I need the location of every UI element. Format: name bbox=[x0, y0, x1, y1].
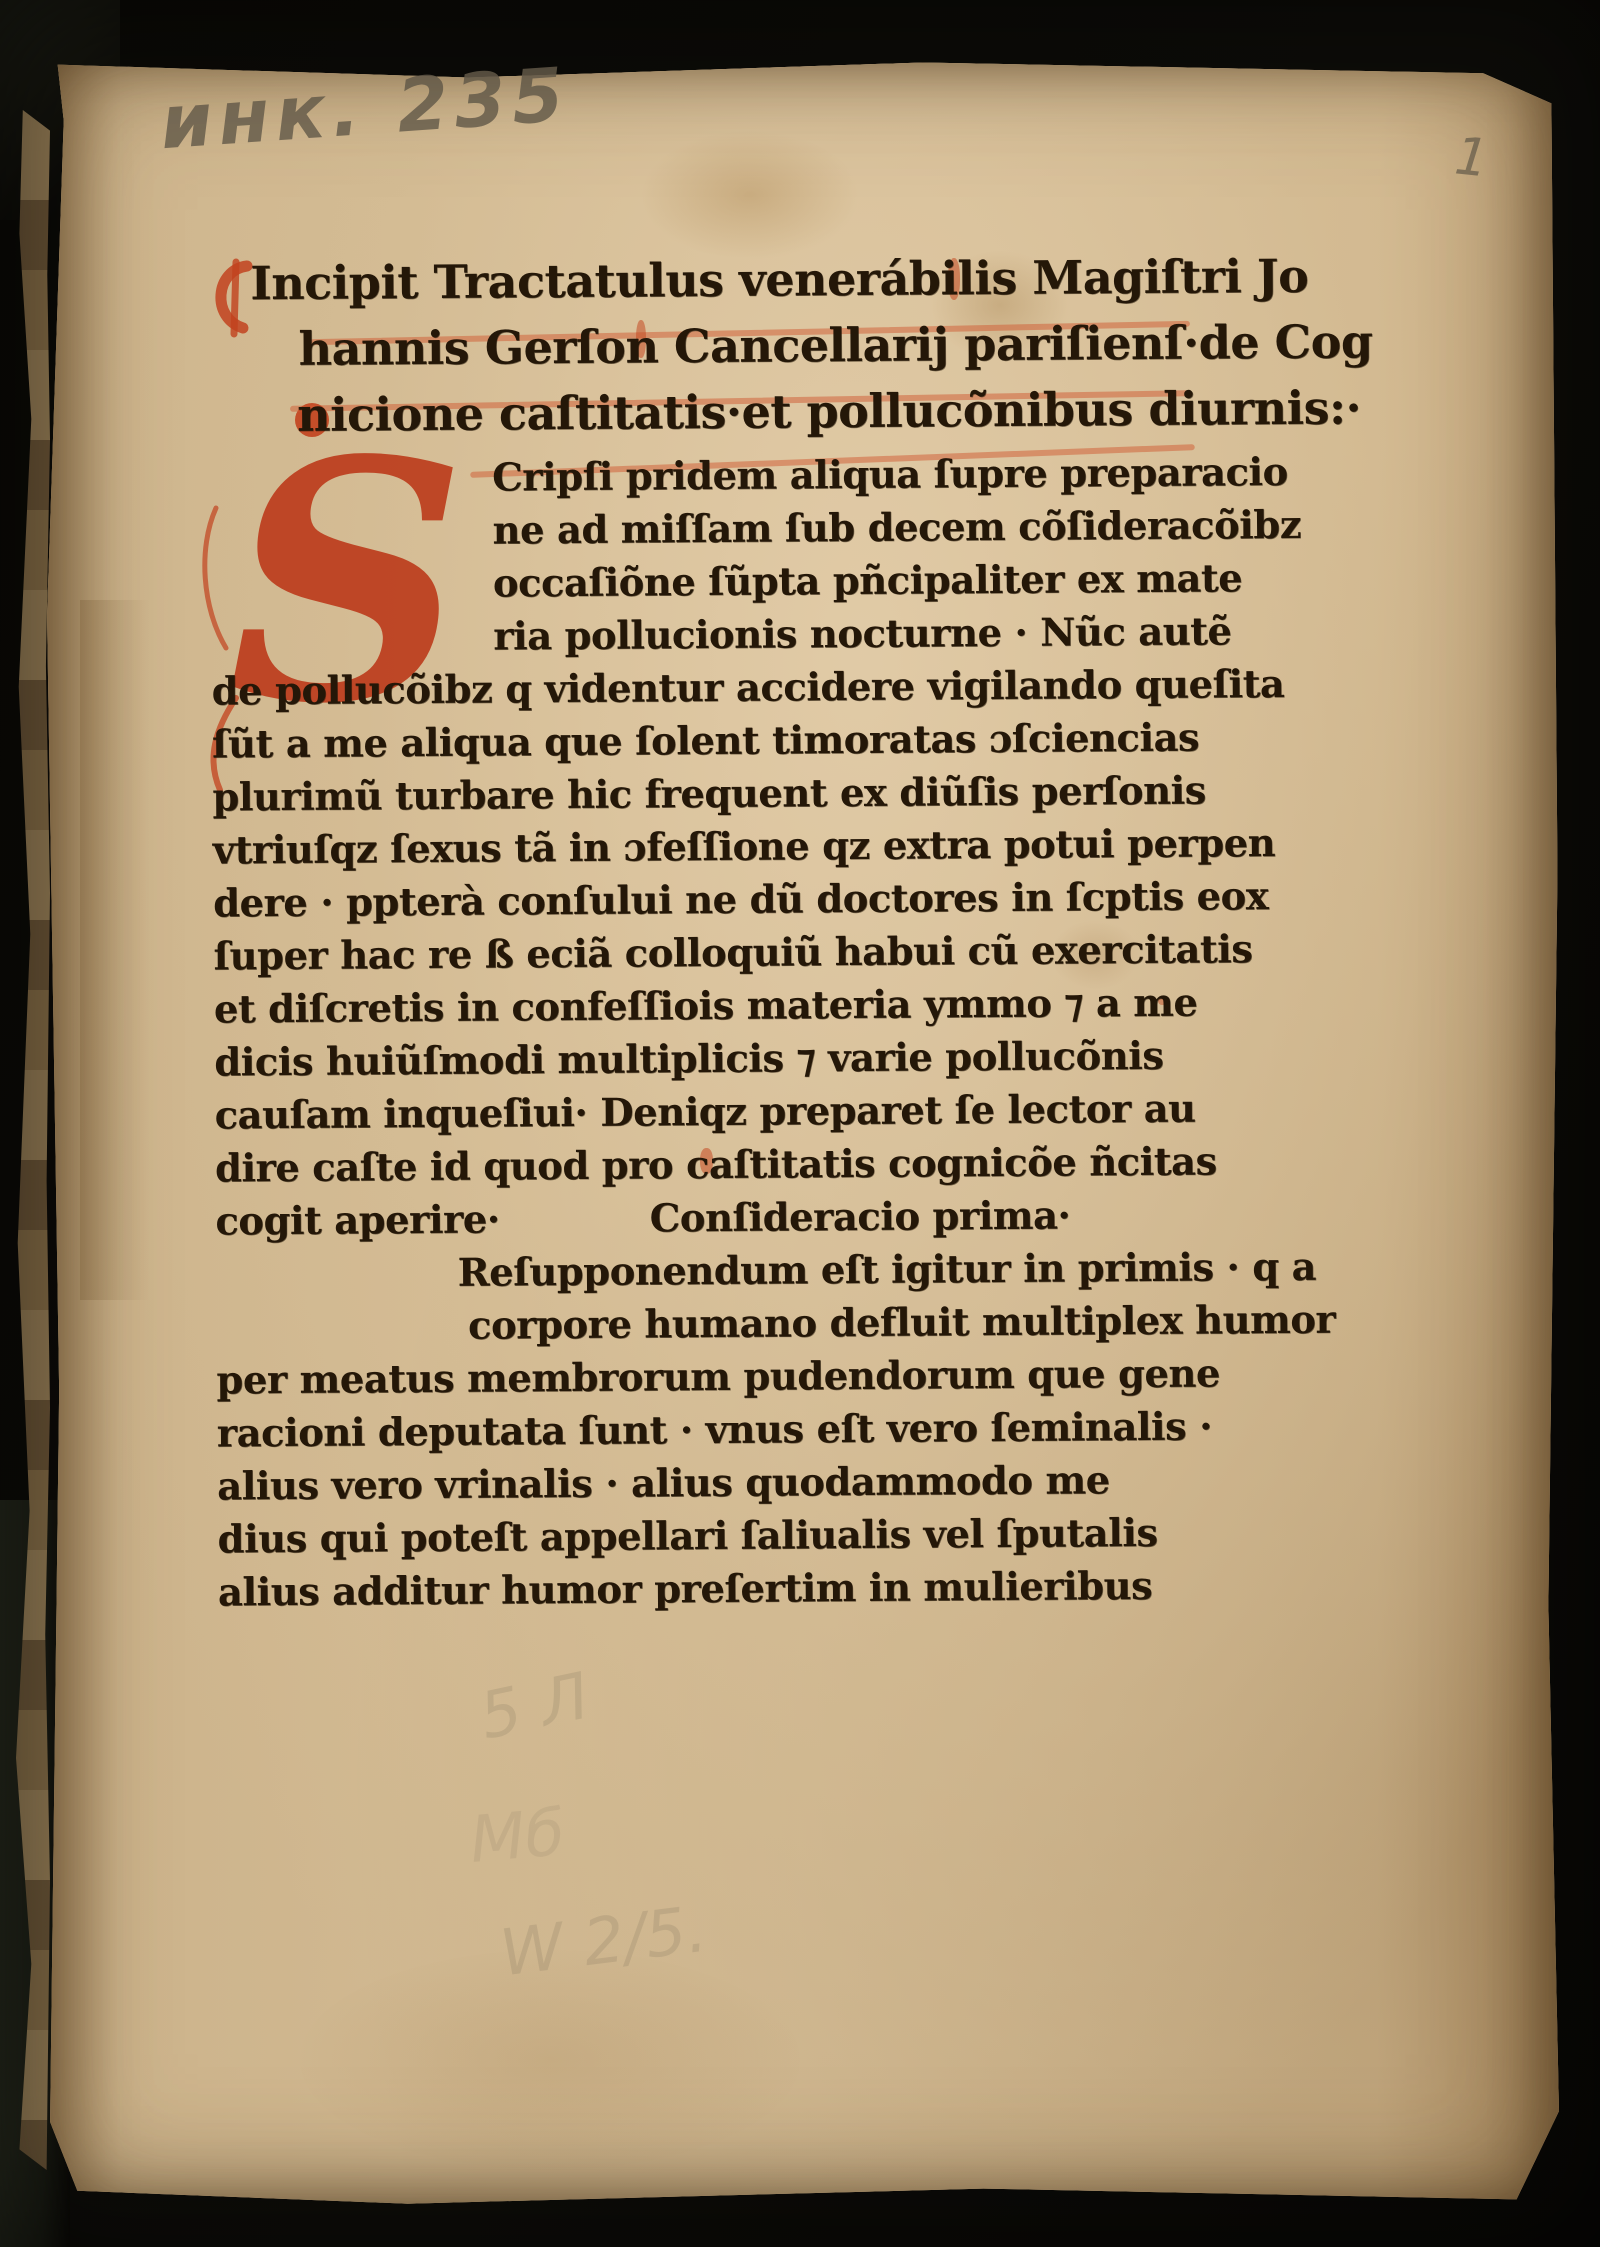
photo-vignette bbox=[0, 0, 1600, 2247]
photograph-of-incunabulum-page: инк. 235 1 5 Л Мб W 2/5. S Incipit Tract… bbox=[0, 0, 1600, 2247]
